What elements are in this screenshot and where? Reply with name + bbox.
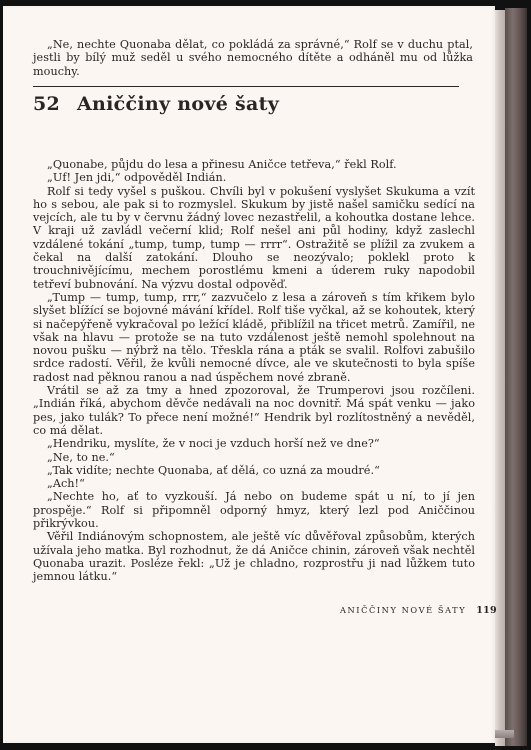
paragraph: „Uf! Jen jdi,“ odpověděl Indián. (33, 171, 475, 184)
paragraph: „Tump — tump, tump, rrr,“ zazvučelo z le… (33, 291, 475, 384)
running-title: ANIČČINY NOVÉ ŠATY (340, 605, 466, 615)
paragraph: „Ach!“ (33, 477, 475, 490)
page-stack-edge (495, 10, 505, 746)
book-cover-edge (505, 8, 527, 746)
previous-chapter-ending: „Ne, nechte Quonaba dělat, co pokládá za… (33, 38, 473, 78)
chapter-number: 52 (33, 93, 77, 115)
paragraph: „Quonabe, půjdu do lesa a přinesu Aničce… (33, 158, 475, 171)
paragraph: „Nechte ho, ať to vyzkouší. Já nebo on b… (33, 490, 475, 530)
paragraph: „Hendriku, myslíte, že v noci je vzduch … (33, 437, 475, 450)
paragraph: „Ne, to ne.“ (33, 451, 475, 464)
paragraph: Věřil Indiánovým schopnostem, ale ještě … (33, 530, 475, 583)
paragraph: „Tak vidíte; nechte Quonaba, ať dělá, co… (33, 464, 475, 477)
page-number: 119 (476, 605, 497, 616)
chapter-title: Aniččiny nové šaty (77, 93, 279, 115)
chapter-heading: 52Aniččiny nové šaty (33, 93, 279, 115)
chapter-body: „Quonabe, půjdu do lesa a přinesu Aničce… (33, 158, 475, 584)
paragraph: Rolf si tedy vyšel s puškou. Chvíli byl … (33, 185, 475, 291)
paragraph: Vrátil se až za tmy a hned zpozoroval, ž… (33, 384, 475, 437)
page-footer: ANIČČINY NOVÉ ŠATY119 (340, 605, 470, 616)
chapter-divider (33, 86, 459, 87)
paragraph: „Ne, nechte Quonaba dělat, co pokládá za… (33, 38, 473, 78)
